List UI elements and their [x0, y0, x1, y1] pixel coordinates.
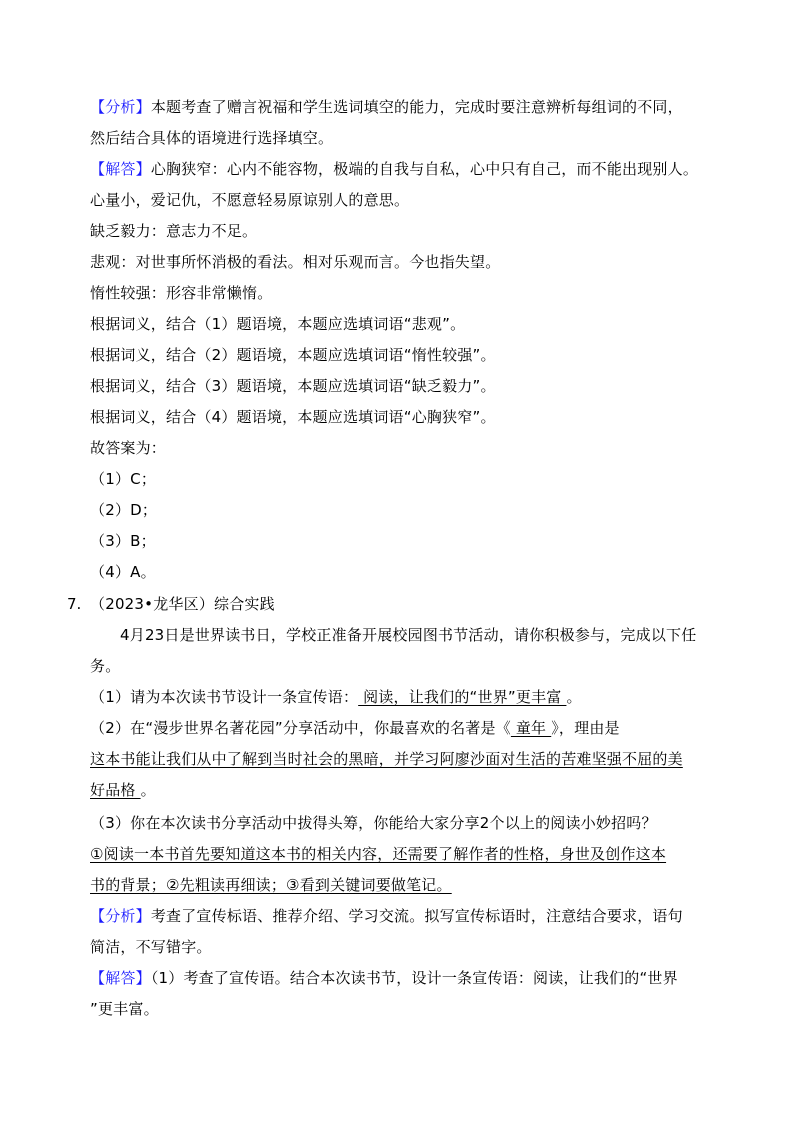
- q7-part2: （2）在“漫步世界名著花园”分享活动中，你最喜欢的名著是《 童年 》，理由是: [90, 718, 620, 738]
- reasoning-line: 根据词义，结合（4）题语境，本题应选填词语“心胸狭窄”。: [90, 407, 496, 427]
- question-number: 7.: [67, 594, 81, 614]
- q6-analysis-line1: 【分析】本题考查了赠言祝福和学生选词填空的能力，完成时要注意辨析每组词的不同，: [90, 97, 683, 117]
- q7-analysis-line1: 【分析】考查了宣传标语、推荐介绍、学习交流。拟写宣传标语时，注意结合要求，语句: [90, 906, 683, 926]
- answer-item: （2）D；: [90, 500, 157, 520]
- reasoning-line: 根据词义，结合（1）题语境，本题应选填词语“悲观”。: [90, 314, 465, 334]
- definition: 悲观：对世事所怀消极的看法。相对乐观而言。今也指失望。: [90, 252, 500, 272]
- analysis-tag: 【分析】: [90, 907, 151, 925]
- q7-intro-line2: 务。: [90, 656, 120, 676]
- answer-tips-line2: 书的背景；②先粗读再细读；③看到关键词要做笔记。: [90, 875, 452, 895]
- q6-analysis-line2: 然后结合具体的语境进行选择填空。: [90, 128, 333, 148]
- definition: 缺乏毅力：意志力不足。: [90, 221, 257, 241]
- q7-answer-line2: ”更丰富。: [90, 999, 159, 1019]
- definition: 惰性较强：形容非常懒惰。: [90, 283, 272, 303]
- reasoning-line: 根据词义，结合（2）题语境，本题应选填词语“惰性较强”。: [90, 345, 496, 365]
- answer-reason-line3: 好品格 。: [90, 780, 156, 800]
- answer-tips-line1: ①阅读一本书首先要知道这本书的相关内容，还需要了解作者的性格，身世及创作这本: [90, 844, 666, 864]
- answer-slogan: 阅读，让我们的“世界”更丰富: [358, 688, 566, 706]
- reasoning-line: 根据词义，结合（3）题语境，本题应选填词语“缺乏毅力”。: [90, 376, 496, 396]
- answer-tag: 【解答】: [90, 969, 151, 987]
- question-header: （2023•龙华区）综合实践: [90, 594, 275, 614]
- q7-part1: （1）请为本次读书节设计一条宣传语： 阅读，让我们的“世界”更丰富 。: [90, 687, 582, 707]
- q6-answer-line2: 心量小，爱记仇，不愿意轻易原谅别人的意思。: [90, 190, 409, 210]
- q7-part3-question: （3）你在本次读书分享活动中拔得头筹，你能给大家分享2个以上的阅读小妙招吗？: [90, 813, 657, 833]
- conclusion: 故答案为：: [90, 438, 166, 458]
- answer-tag: 【解答】: [90, 160, 151, 178]
- q7-analysis-line2: 简洁，不写错字。: [90, 937, 212, 957]
- answer-reason-line2: 这本书能让我们从中了解到当时社会的黑暗，并学习阿廖沙面对生活的苦难坚强不屈的美: [90, 749, 683, 769]
- analysis-tag: 【分析】: [90, 98, 151, 116]
- answer-item: （3）B；: [90, 531, 156, 551]
- q6-answer-line1: 【解答】心胸狭窄：心内不能容物，极端的自我与自私，心中只有自己，而不能出现别人。: [90, 159, 698, 179]
- answer-book: 童年: [511, 719, 551, 737]
- answer-item: （1）C；: [90, 469, 156, 489]
- answer-item: （4）A。: [90, 562, 156, 582]
- q7-answer-line1: 【解答】（1）考查了宣传语。结合本次读书节，设计一条宣传语：阅读，让我们的“世界: [90, 968, 678, 988]
- q7-intro-line1: 4月23日是世界读书日，学校正准备开展校园图书节活动，请你积极参与，完成以下任: [120, 625, 696, 645]
- document-page: 【分析】本题考查了赠言祝福和学生选词填空的能力，完成时要注意辨析每组词的不同， …: [0, 0, 794, 1123]
